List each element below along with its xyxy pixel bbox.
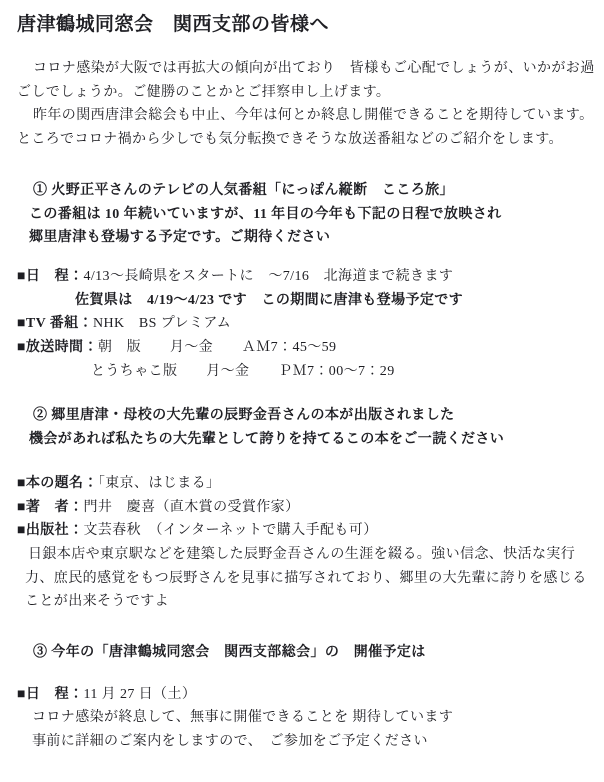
section2-heading-line-1: ② 郷里唐津・母校の大先輩の辰野金吾さんの本が出版されました xyxy=(17,404,590,428)
author-value: 門井 慶喜（直木賞の受賞作家） xyxy=(83,500,299,515)
document-title: 唐津鶴城同窓会 関西支部の皆様へ xyxy=(17,12,590,38)
section1-time-evening-row: とうちゃこ版 月～金 ＰＭ7：00～7：29 xyxy=(17,360,590,384)
section3-heading-line: ③ 今年の「唐津鶴城同窓会 関西支部総会」の 開催予定は xyxy=(17,641,590,665)
schedule-value: 4/13～長崎県をスタートに ～7/16 北海道まで続きます xyxy=(83,269,453,284)
meeting-date-label: ■日 程： xyxy=(17,687,83,702)
meeting-date-value: 11 月 27 日（土） xyxy=(83,687,196,702)
book-description-line-1: 日銀本店や東京駅などを建築した辰野金吾さんの生涯を綴る。強い信念、快活な実行 xyxy=(17,543,590,567)
book-description-line-2: 力、庶民的感覚をもつ辰野さんを見事に描写されており、郷里の大先輩に誇りを感じる xyxy=(17,567,590,591)
intro-line-1: コロナ感染が大阪では再拡大の傾向が出ており 皆様もご心配でしょうが、いかがお過 xyxy=(17,57,590,81)
section1-heading: ① 火野正平さんのテレビの人気番組「にっぽん縦断 こころ旅」 この番組は 10 … xyxy=(17,179,590,250)
section3-heading: ③ 今年の「唐津鶴城同窓会 関西支部総会」の 開催予定は xyxy=(17,641,590,665)
section1-schedule-row: ■日 程：4/13～長崎県をスタートに ～7/16 北海道まで続きます xyxy=(17,265,590,289)
time-label: ■放送時間： xyxy=(17,340,98,355)
book-description-line-3: ことが出来そうですよ xyxy=(17,590,590,614)
section2-publisher-row: ■出版社：文芸春秋 （インターネットで購入手配も可） xyxy=(17,519,590,543)
intro-line-2: ごしでしょうか。ご健勝のことかとご拝察申し上げます。 xyxy=(17,81,590,105)
section3-body-line-1: コロナ感染が終息して、無事に開催できることを 期待しています xyxy=(17,706,590,730)
section1-details: ■日 程：4/13～長崎県をスタートに ～7/16 北海道まで続きます 佐賀県は… xyxy=(17,265,590,384)
author-label: ■著 者： xyxy=(17,500,83,515)
book-title-value: 「東京、はじまる」 xyxy=(98,476,221,491)
section1-schedule-note: 佐賀県は 4/19～4/23 です この期間に唐津も登場予定です xyxy=(17,289,590,313)
channel-value: NHK BS プレミアム xyxy=(93,316,231,331)
section3-schedule-row: ■日 程：11 月 27 日（土） xyxy=(17,683,590,707)
intro-line-4: ところでコロナ禍から少しでも気分転換できそうな放送番組などのご紹介をします。 xyxy=(17,128,590,152)
book-title-label: ■本の題名： xyxy=(17,476,98,491)
section1-heading-line-1: ① 火野正平さんのテレビの人気番組「にっぽん縦断 こころ旅」 xyxy=(17,179,590,203)
section3-body-line-2: 事前に詳細のご案内をしますので、 ご参加をご予定ください xyxy=(17,730,590,754)
channel-label: ■TV 番組： xyxy=(17,316,93,331)
time-morning-value: 朝 版 月～金 ＡＭ7：45～59 xyxy=(98,340,337,355)
section2-book-title-row: ■本の題名：「東京、はじまる」 xyxy=(17,472,590,496)
intro-paragraph: コロナ感染が大阪では再拡大の傾向が出ており 皆様もご心配でしょうが、いかがお過 … xyxy=(17,57,590,152)
section2-heading-line-2: 機会があれば私たちの大先輩として誇りを持てるこの本をご一読ください xyxy=(17,428,590,452)
document-page: 唐津鶴城同窓会 関西支部の皆様へ コロナ感染が大阪では再拡大の傾向が出ており 皆… xyxy=(0,0,604,782)
section2-author-row: ■著 者：門井 慶喜（直木賞の受賞作家） xyxy=(17,496,590,520)
section2-heading: ② 郷里唐津・母校の大先輩の辰野金吾さんの本が出版されました 機会があれば私たち… xyxy=(17,404,590,451)
intro-line-3: 昨年の関西唐津会総会も中止、今年は何とか終息し開催できることを期待しています。 xyxy=(17,104,590,128)
section3-details: ■日 程：11 月 27 日（土） コロナ感染が終息して、無事に開催できることを… xyxy=(17,683,590,754)
publisher-label: ■出版社： xyxy=(17,523,83,538)
publisher-value: 文芸春秋 （インターネットで購入手配も可） xyxy=(83,523,377,538)
section1-heading-line-3: 郷里唐津も登場する予定です。ご期待ください xyxy=(17,226,590,250)
section1-heading-line-2: この番組は 10 年続いていますが、11 年目の今年も下記の日程で放映され xyxy=(17,203,590,227)
section1-channel-row: ■TV 番組：NHK BS プレミアム xyxy=(17,312,590,336)
section1-time-row: ■放送時間：朝 版 月～金 ＡＭ7：45～59 xyxy=(17,336,590,360)
section2-details: ■本の題名：「東京、はじまる」 ■著 者：門井 慶喜（直木賞の受賞作家） ■出版… xyxy=(17,472,590,614)
schedule-label: ■日 程： xyxy=(17,269,83,284)
